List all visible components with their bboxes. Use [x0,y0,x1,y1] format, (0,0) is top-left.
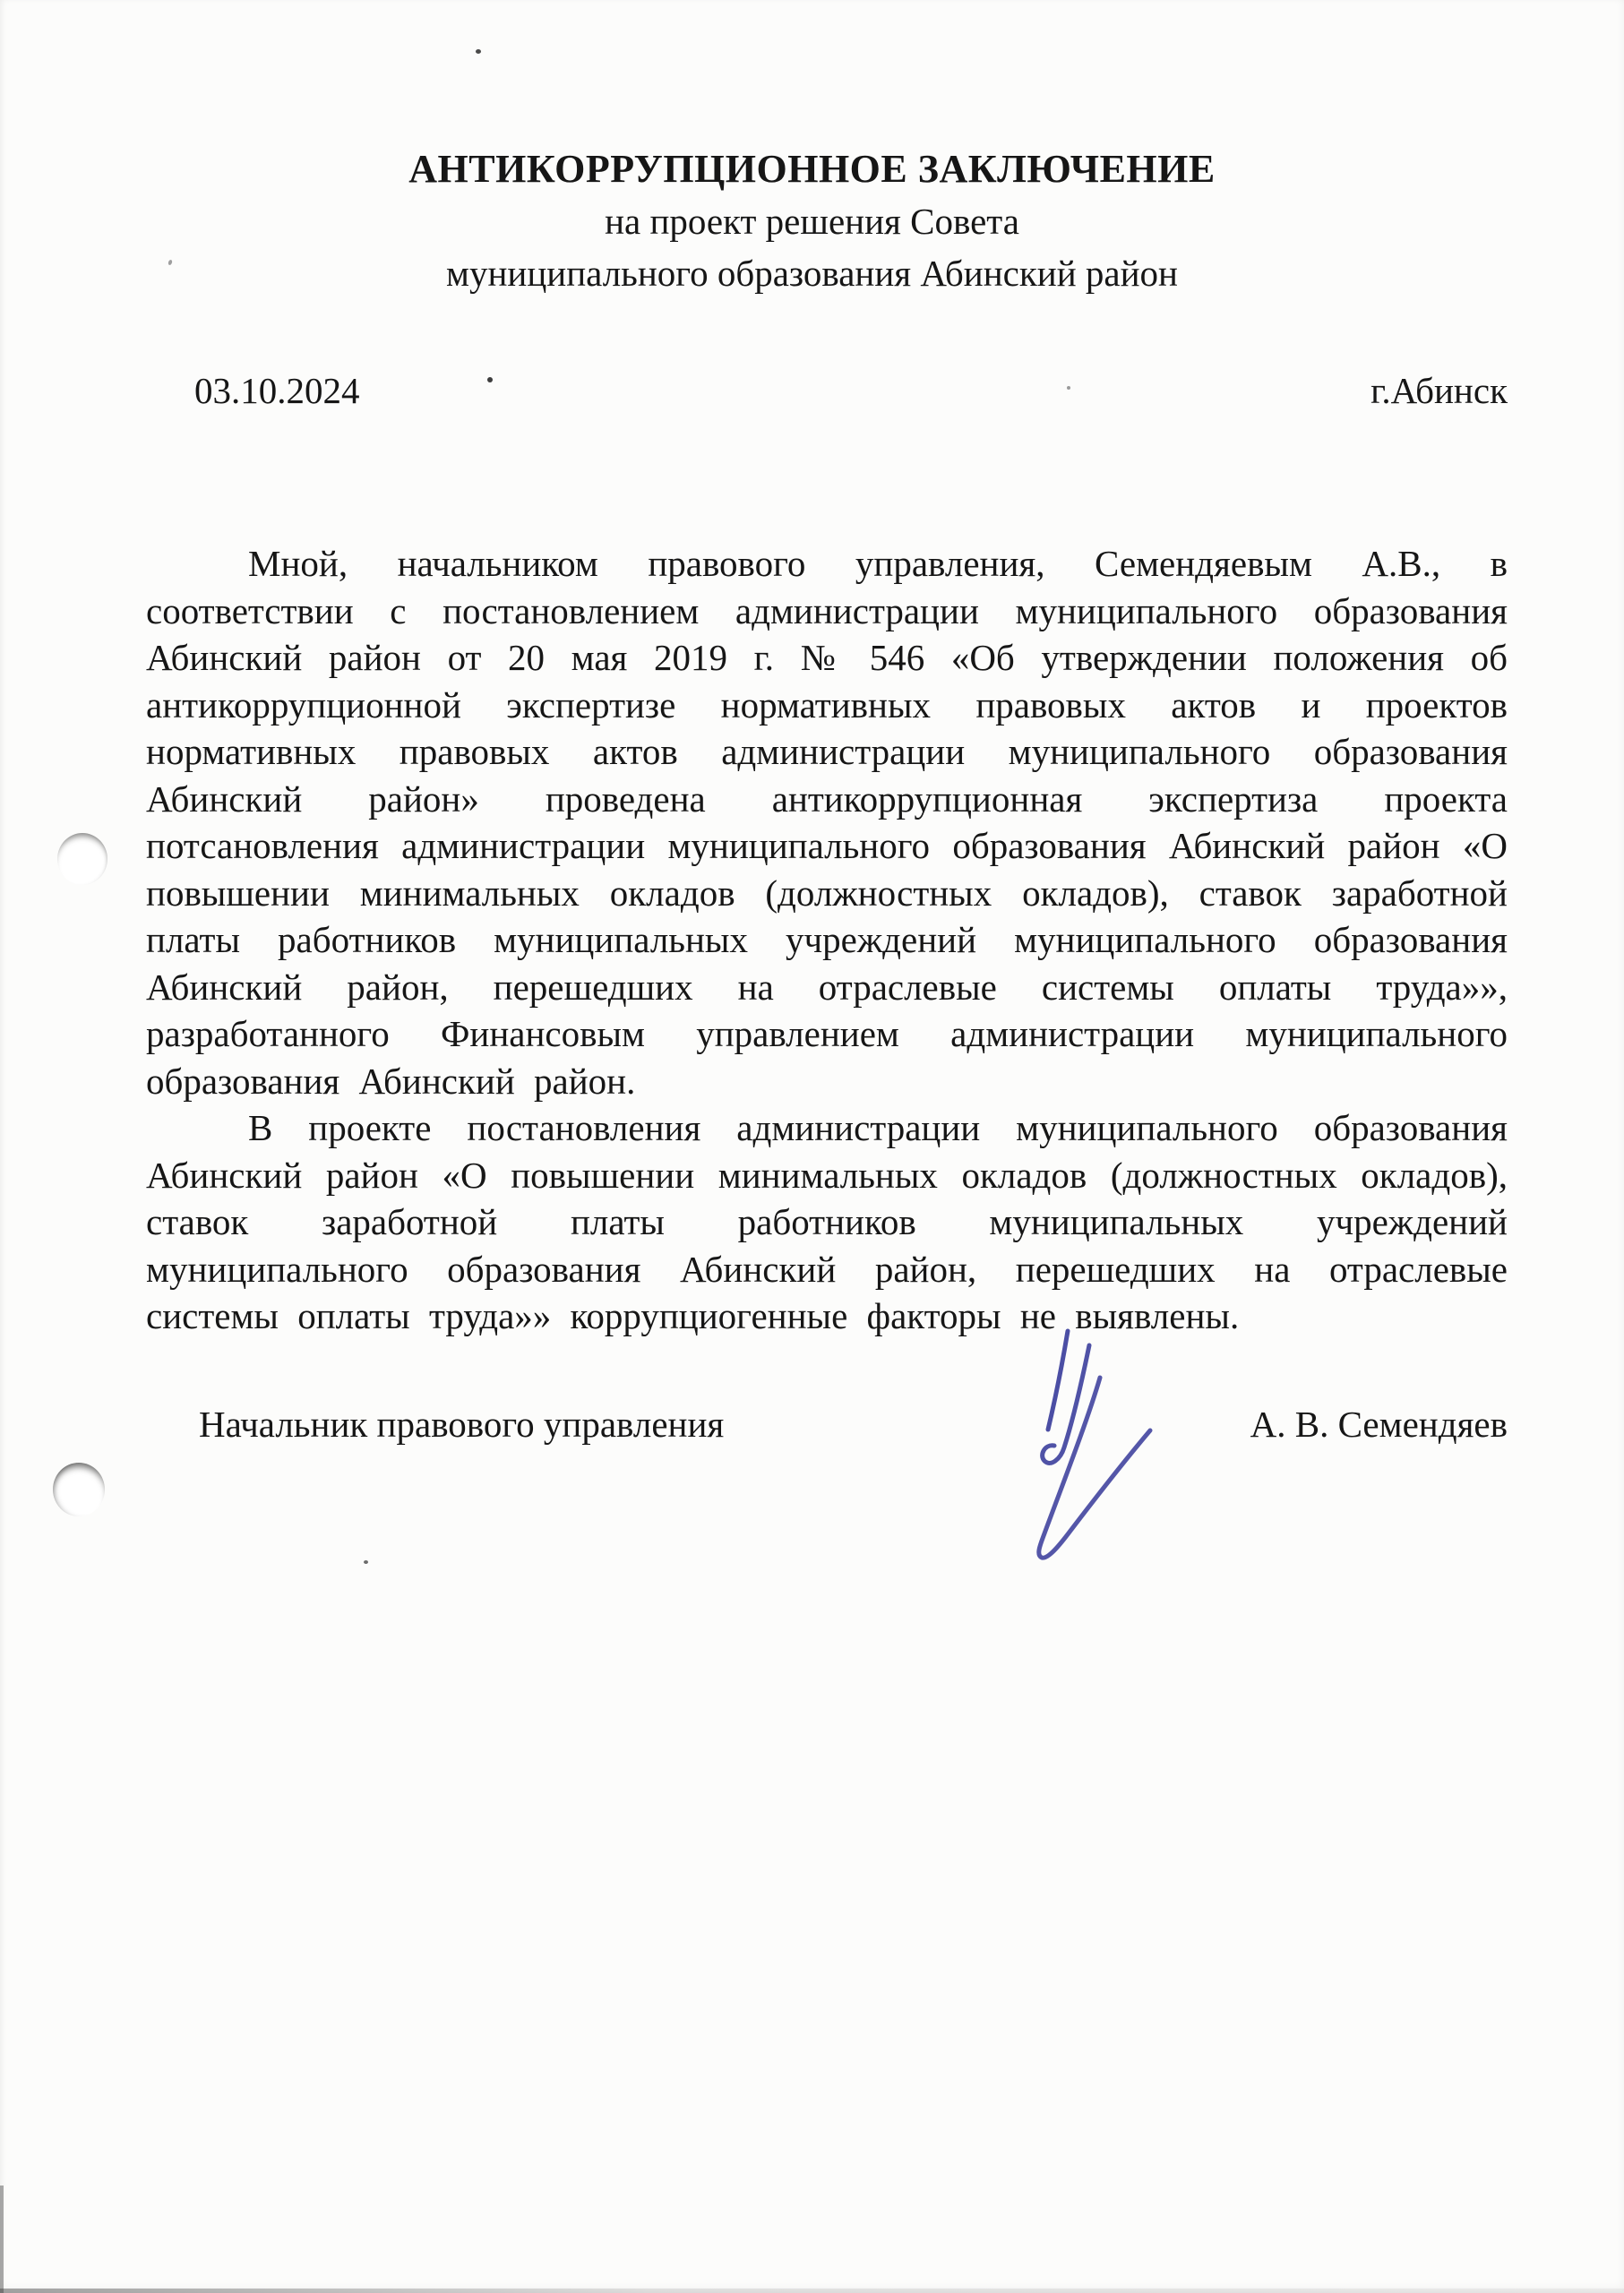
signer-position-title: Начальник правового управления [199,1403,724,1446]
signature-stroke-1 [1048,1331,1068,1430]
hole-punch-bottom [53,1463,105,1516]
document-body: Мной, начальником правового управления, … [146,540,1508,1340]
signer-name: А. В. Семендяев [1250,1403,1508,1446]
body-paragraph-1: Мной, начальником правового управления, … [146,540,1508,1104]
document-header: АНТИКОРРУПЦИОННОЕ ЗАКЛЮЧЕНИЕ на проект р… [0,143,1624,299]
scanned-document-page: АНТИКОРРУПЦИОННОЕ ЗАКЛЮЧЕНИЕ на проект р… [0,0,1624,2293]
scan-edge-artifact [0,2186,4,2293]
document-subtitle-line2: муниципального образования Абинский райо… [0,247,1624,299]
document-subtitle-line1: на проект решения Совета [0,195,1624,247]
signature-stroke-2 [1043,1345,1089,1463]
handwritten-signature-ink [1019,1324,1166,1575]
signature-row: Начальник правового управления А. В. Сем… [199,1403,1508,1446]
date-place-row: 03.10.2024 г.Абинск [194,369,1508,412]
document-title: АНТИКОРРУПЦИОННОЕ ЗАКЛЮЧЕНИЕ [0,143,1624,195]
scan-speck [364,1560,368,1564]
body-paragraph-2: В проекте постановления администрации му… [146,1104,1508,1340]
scan-speck [476,49,481,54]
hole-punch-top [57,833,107,885]
document-place: г.Абинск [1371,369,1508,412]
scan-edge-artifact [0,2289,1624,2293]
document-date: 03.10.2024 [194,369,360,412]
